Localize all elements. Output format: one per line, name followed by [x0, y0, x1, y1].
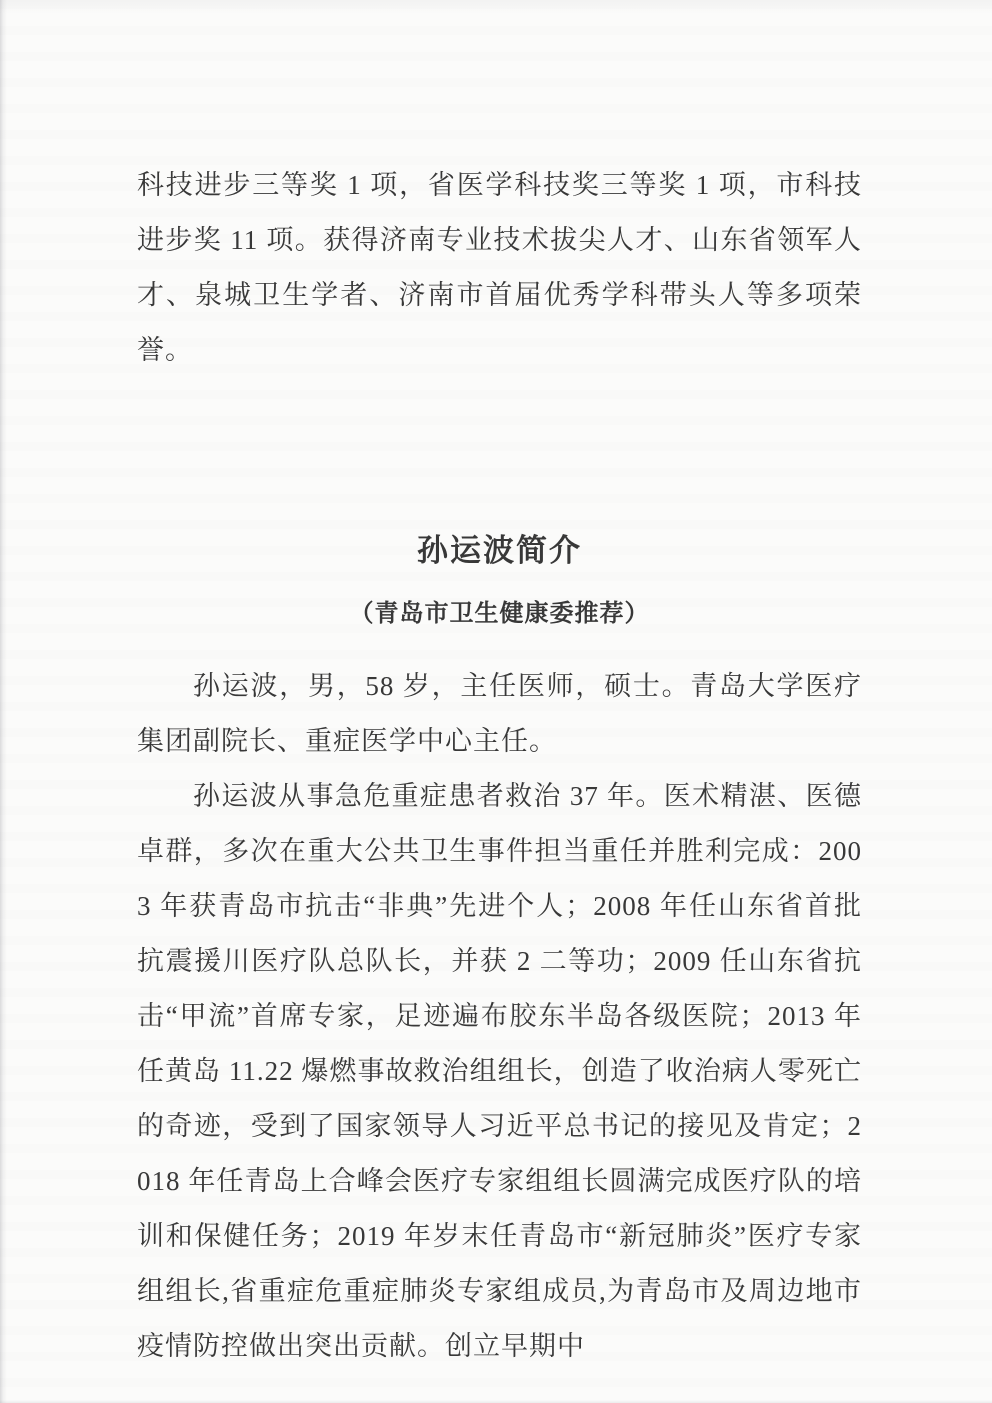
- page-content: 科技进步三等奖 1 项，省医学科技奖三等奖 1 项，市科技进步奖 11 项。获得…: [137, 158, 862, 1374]
- page-number: 3: [0, 1283, 992, 1303]
- recommendation-subtitle: （青岛市卫生健康委推荐）: [137, 595, 862, 633]
- paragraph-intro: 孙运波，男，58 岁，主任医师，硕士。青岛大学医疗集团副院长、重症医学中心主任。: [137, 659, 862, 769]
- scanned-page: 科技进步三等奖 1 项，省医学科技奖三等奖 1 项，市科技进步奖 11 项。获得…: [0, 0, 992, 1403]
- section-title: 孙运波简介: [137, 530, 862, 572]
- paragraph-awards-continuation: 科技进步三等奖 1 项，省医学科技奖三等奖 1 项，市科技进步奖 11 项。获得…: [137, 158, 862, 378]
